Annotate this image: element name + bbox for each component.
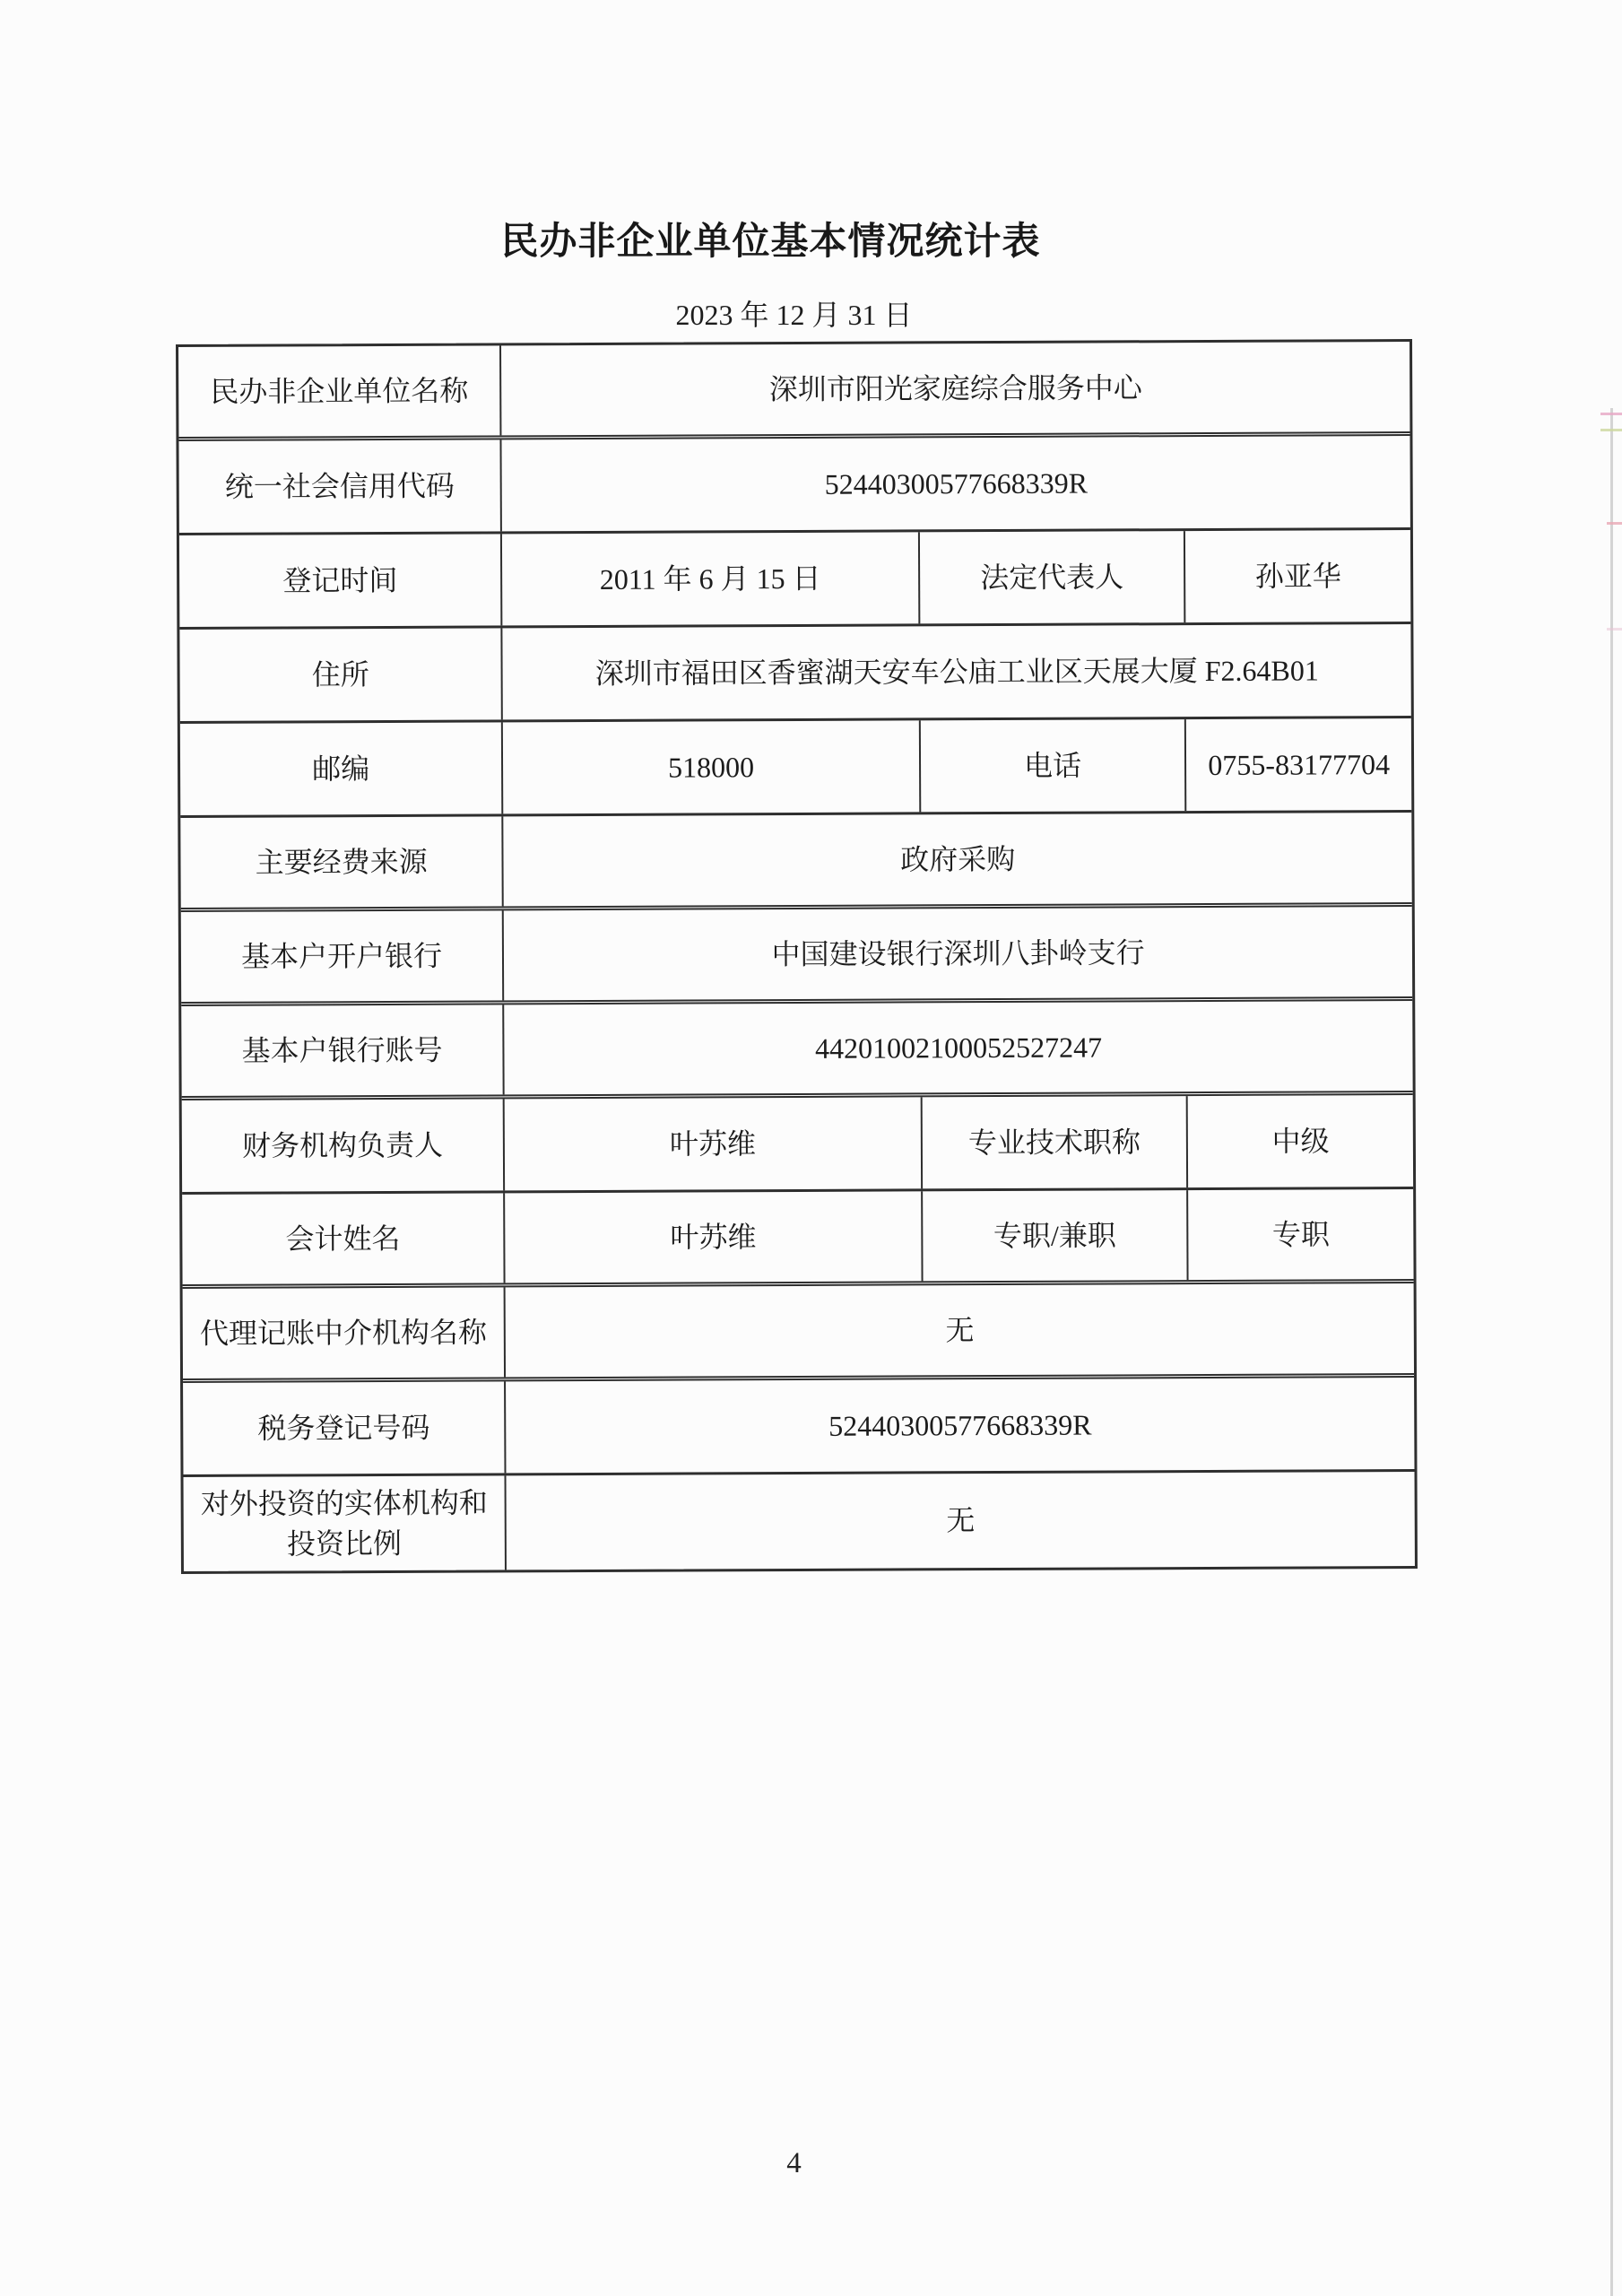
info-table: 民办非企业单位名称 深圳市阳光家庭综合服务中心 统一社会信用代码 5244030… xyxy=(176,339,1418,1574)
row-value-cell: 2011 年 6 月 15 日 xyxy=(500,532,918,625)
row-value-cell: 政府采购 xyxy=(502,813,1412,906)
row-label-cell: 会计姓名 xyxy=(182,1193,504,1284)
row-value-cell: 518000 xyxy=(501,720,919,813)
row-label2-cell: 法定代表人 xyxy=(918,531,1184,623)
scan-artifact-line xyxy=(1610,408,1613,2296)
row-label-cell: 基本户银行账号 xyxy=(181,1004,503,1096)
document-date: 2023 年 12 月 31 日 xyxy=(176,292,1412,334)
table-row-bookkeeping-agency: 代理记账中介机构名称 无 xyxy=(183,1283,1414,1383)
row-value-cell: 深圳市福田区香蜜湖天安车公庙工业区天展大厦 F2.64B01 xyxy=(501,624,1411,719)
table-row-outbound-investment: 对外投资的实体机构和投资比例 无 xyxy=(184,1472,1415,1571)
table-row-bank-account: 基本户银行账号 44201002100052527247 xyxy=(181,1001,1412,1100)
table-row-postcode-phone: 邮编 518000 电话 0755-83177704 xyxy=(180,718,1411,818)
table-row-accountant: 会计姓名 叶苏维 专职/兼职 专职 xyxy=(182,1189,1413,1289)
row-value-cell: 中国建设银行深圳八卦岭支行 xyxy=(502,907,1412,1000)
row-value-cell: 52440300577668339R xyxy=(500,436,1410,531)
scan-artifact-tick xyxy=(1607,628,1622,631)
row-label2-cell: 专职/兼职 xyxy=(921,1190,1187,1281)
row-value-cell: 44201002100052527247 xyxy=(503,1001,1413,1094)
table-row-bank-name: 基本户开户银行 中国建设银行深圳八卦岭支行 xyxy=(181,907,1412,1006)
row-label-cell: 主要经费来源 xyxy=(180,816,502,908)
table-row-finance-head: 财务机构负责人 叶苏维 专业技术职称 中级 xyxy=(182,1095,1413,1195)
row-value-cell: 无 xyxy=(505,1472,1415,1570)
row-value-cell: 无 xyxy=(504,1283,1414,1377)
row-label-cell: 代理记账中介机构名称 xyxy=(183,1287,505,1378)
table-row-unit-name: 民办非企业单位名称 深圳市阳光家庭综合服务中心 xyxy=(178,342,1409,441)
scan-artifact-tick xyxy=(1600,413,1622,415)
row-label2-cell: 专业技术职称 xyxy=(920,1096,1186,1188)
row-value2-cell: 中级 xyxy=(1186,1095,1413,1187)
row-value-cell: 深圳市阳光家庭综合服务中心 xyxy=(499,342,1409,435)
row-value-cell: 叶苏维 xyxy=(503,1191,921,1283)
table-row-tax-number: 税务登记号码 52440300577668339R xyxy=(183,1378,1414,1477)
row-value-cell: 叶苏维 xyxy=(503,1097,921,1190)
row-label-cell: 住所 xyxy=(179,628,501,721)
scanned-document-page: { "page": { "title": "民办非企业单位基本情况统计表", "… xyxy=(0,0,1622,2296)
row-label-cell: 基本户开户银行 xyxy=(181,910,503,1002)
row-value2-cell: 孙亚华 xyxy=(1184,530,1410,622)
row-value2-cell: 0755-83177704 xyxy=(1184,718,1411,811)
row-label-cell: 对外投资的实体机构和投资比例 xyxy=(184,1475,506,1571)
row-label-cell: 统一社会信用代码 xyxy=(178,439,500,533)
row-label-cell: 邮编 xyxy=(180,722,502,815)
table-row-funding-source: 主要经费来源 政府采购 xyxy=(180,813,1411,912)
row-value2-cell: 专职 xyxy=(1186,1189,1413,1280)
table-row-registration-date: 登记时间 2011 年 6 月 15 日 法定代表人 孙亚华 xyxy=(179,530,1410,630)
row-label2-cell: 电话 xyxy=(919,719,1185,812)
page-number: 4 xyxy=(176,2147,1412,2180)
scan-artifact-tick xyxy=(1607,522,1622,525)
document-title: 民办非企业单位基本情况统计表 xyxy=(152,212,1389,265)
row-label-cell: 民办非企业单位名称 xyxy=(178,345,500,437)
table-row-address: 住所 深圳市福田区香蜜湖天安车公庙工业区天展大厦 F2.64B01 xyxy=(179,624,1410,724)
row-label-cell: 税务登记号码 xyxy=(183,1381,505,1474)
scan-artifact-tick xyxy=(1600,429,1622,431)
row-label-cell: 财务机构负责人 xyxy=(182,1099,504,1192)
row-value-cell: 52440300577668339R xyxy=(504,1378,1414,1473)
row-label-cell: 登记时间 xyxy=(179,534,501,627)
table-row-credit-code: 统一社会信用代码 52440300577668339R xyxy=(178,436,1409,535)
